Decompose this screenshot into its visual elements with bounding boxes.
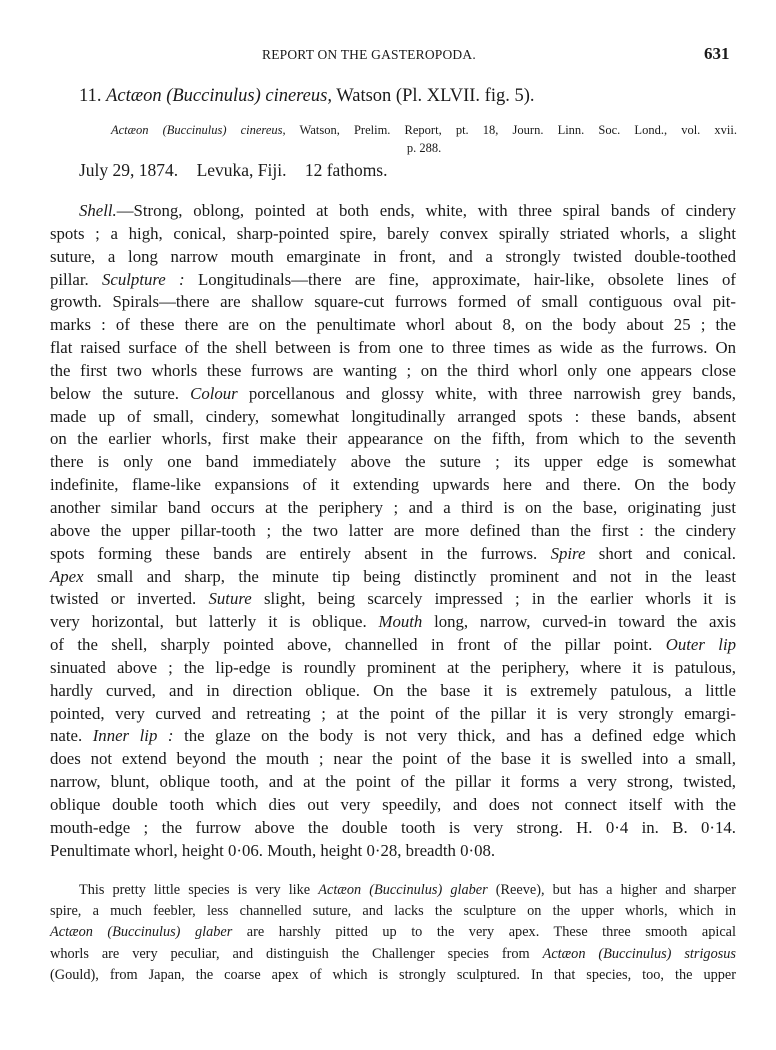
text-line: pillar. Sculpture : Longitudinals—there … <box>50 269 736 292</box>
text-run: there is only one band immediately above… <box>50 452 736 471</box>
italic-term: Colour <box>190 384 238 403</box>
italic-term: Actæon (Buccinulus) strigosus <box>543 946 736 962</box>
text-run: —Strong, oblong, pointed at both ends, w… <box>117 201 736 220</box>
text-line: whorls are very peculiar, and distinguis… <box>50 944 736 965</box>
text-run: suture, a long narrow mouth emarginate i… <box>50 247 736 266</box>
synonymy-page: p. 288. <box>111 139 737 157</box>
text-run: marks : of these there are on the penult… <box>50 315 736 334</box>
text-run: indefinite, flame-like expansions of it … <box>50 475 736 494</box>
text-run: the first two whorls these furrows are w… <box>50 361 736 380</box>
italic-term: Apex <box>50 567 84 586</box>
text-run: narrow, blunt, oblique tooth, and at the… <box>50 772 736 791</box>
text-run: pillar. <box>50 270 102 289</box>
subgenus-name: (Buccinulus) <box>166 86 261 106</box>
italic-term: Actæon (Buccinulus) glaber <box>50 924 232 940</box>
text-line: of the shell, sharply pointed above, cha… <box>50 634 736 657</box>
text-run: pointed, very curved and retreating ; at… <box>50 704 736 723</box>
italic-term: Mouth <box>378 612 422 631</box>
text-line: mouth-edge ; the furrow above the double… <box>50 817 736 840</box>
text-run: twisted or inverted. <box>50 589 209 608</box>
text-line: suture, a long narrow mouth emarginate i… <box>50 246 736 269</box>
text-line: nate. Inner lip : the glaze on the body … <box>50 725 736 748</box>
text-line: Penultimate whorl, height 0·06. Mouth, h… <box>50 840 736 863</box>
text-line: spire, a much feebler, less channelled s… <box>50 901 736 922</box>
species-heading: 11. Actæon (Buccinulus) cinereus, Watson… <box>79 86 535 107</box>
text-line: narrow, blunt, oblique tooth, and at the… <box>50 771 736 794</box>
text-run: nate. <box>50 726 93 745</box>
text-run: mouth-edge ; the furrow above the double… <box>50 818 736 837</box>
text-run: below the suture. <box>50 384 190 403</box>
text-line: above the upper pillar-tooth ; the two l… <box>50 520 736 543</box>
text-run: very horizontal, but latterly it is obli… <box>50 612 378 631</box>
text-run: of the shell, sharply pointed above, cha… <box>50 635 666 654</box>
text-run: (Gould), from Japan, the coarse apex of … <box>50 967 736 983</box>
text-run: are harshly pitted up to the very apex. … <box>232 924 736 940</box>
text-line: spots ; a high, conical, sharp-pointed s… <box>50 223 736 246</box>
text-line: below the suture. Colour porcellanous an… <box>50 383 736 406</box>
text-line: another similar band occurs at the perip… <box>50 497 736 520</box>
synonymy-line: Actæon (Buccinulus) cinereus, Watson, Pr… <box>111 121 737 139</box>
text-line: twisted or inverted. Suture slight, bein… <box>50 588 736 611</box>
text-run: does not extend beyond the mouth ; near … <box>50 749 736 768</box>
text-run: above the upper pillar-tooth ; the two l… <box>50 521 736 540</box>
page-number: 631 <box>704 44 730 64</box>
text-line: on the earlier whorls, first make their … <box>50 428 736 451</box>
genus-name: Actæon <box>106 86 162 106</box>
text-line: flat raised surface of the shell between… <box>50 337 736 360</box>
text-run: This pretty little species is very like <box>79 882 318 898</box>
text-line: This pretty little species is very like … <box>50 880 736 901</box>
species-number: 11. <box>79 86 101 106</box>
station-locality: Levuka, Fiji. <box>197 160 287 180</box>
text-line: sinuated above ; the lip-edge is roundly… <box>50 657 736 680</box>
text-line: oblique double tooth which dies out very… <box>50 794 736 817</box>
text-run: spots forming these bands are entirely a… <box>50 544 551 563</box>
text-line: Shell.—Strong, oblong, pointed at both e… <box>50 200 736 223</box>
text-run: (Reeve), but has a higher and sharper <box>488 882 736 898</box>
text-line: does not extend beyond the mouth ; near … <box>50 748 736 771</box>
text-run: growth. Spirals—there are shallow square… <box>50 292 736 311</box>
text-run: small and sharp, the minute tip being di… <box>84 567 736 586</box>
italic-term: Spire <box>551 544 586 563</box>
text-line: made up of small, cindery, somewhat long… <box>50 406 736 429</box>
text-line: indefinite, flame-like expansions of it … <box>50 474 736 497</box>
text-run: made up of small, cindery, somewhat long… <box>50 407 736 426</box>
remarks-paragraph: This pretty little species is very like … <box>50 880 736 986</box>
text-line: spots forming these bands are entirely a… <box>50 543 736 566</box>
text-line: Apex small and sharp, the minute tip bei… <box>50 566 736 589</box>
text-run: on the earlier whorls, first make their … <box>50 429 736 448</box>
text-run: flat raised surface of the shell between… <box>50 338 736 357</box>
text-run: sinuated above ; the lip-edge is roundly… <box>50 658 736 677</box>
text-line: the first two whorls these furrows are w… <box>50 360 736 383</box>
text-run: slight, being scarcely impressed ; in th… <box>252 589 736 608</box>
text-run: whorls are very peculiar, and distinguis… <box>50 946 543 962</box>
text-line: pointed, very curved and retreating ; at… <box>50 703 736 726</box>
text-run: oblique double tooth which dies out very… <box>50 795 736 814</box>
station-depth: 12 fathoms. <box>305 160 388 180</box>
text-run: spire, a much feebler, less channelled s… <box>50 903 736 919</box>
italic-term: Sculpture : <box>102 270 185 289</box>
text-run: long, narrow, curved-in toward the axis <box>422 612 736 631</box>
text-line: growth. Spirals—there are shallow square… <box>50 291 736 314</box>
text-line: (Gould), from Japan, the coarse apex of … <box>50 965 736 986</box>
station-record: July 29, 1874. Levuka, Fiji. 12 fathoms. <box>79 160 402 181</box>
synonymy-reference: Watson, Prelim. Report, pt. 18, Journ. L… <box>300 123 737 137</box>
text-run: hardly curved, and in direction oblique.… <box>50 681 736 700</box>
italic-term: Outer lip <box>666 635 736 654</box>
text-run: another similar band occurs at the perip… <box>50 498 736 517</box>
species-name: cinereus, <box>265 86 332 106</box>
species-author: Watson (Pl. XLVII. fig. 5). <box>336 86 534 106</box>
text-line: very horizontal, but latterly it is obli… <box>50 611 736 634</box>
synonymy-name: Actæon (Buccinulus) cinereus, <box>111 123 286 137</box>
shell-description: Shell.—Strong, oblong, pointed at both e… <box>50 200 736 862</box>
synonymy-citation: Actæon (Buccinulus) cinereus, Watson, Pr… <box>111 121 737 157</box>
italic-term: Actæon (Buccinulus) glaber <box>318 882 487 898</box>
text-run: the glaze on the body is not very thick,… <box>174 726 737 745</box>
text-run: Penultimate whorl, height 0·06. Mouth, h… <box>50 841 495 860</box>
text-line: marks : of these there are on the penult… <box>50 314 736 337</box>
italic-term: Shell. <box>79 201 117 220</box>
running-title: REPORT ON THE GASTEROPODA. <box>262 47 476 63</box>
text-run: Longitudinals—there are fine, approximat… <box>185 270 736 289</box>
italic-term: Inner lip : <box>93 726 174 745</box>
text-line: hardly curved, and in direction oblique.… <box>50 680 736 703</box>
text-line: Actæon (Buccinulus) glaber are harshly p… <box>50 922 736 943</box>
text-run: short and conical. <box>585 544 736 563</box>
text-run: porcellanous and glossy white, with thre… <box>238 384 736 403</box>
text-run: spots ; a high, conical, sharp-pointed s… <box>50 224 736 243</box>
italic-term: Suture <box>209 589 252 608</box>
text-line: there is only one band immediately above… <box>50 451 736 474</box>
station-date: July 29, 1874. <box>79 160 178 180</box>
